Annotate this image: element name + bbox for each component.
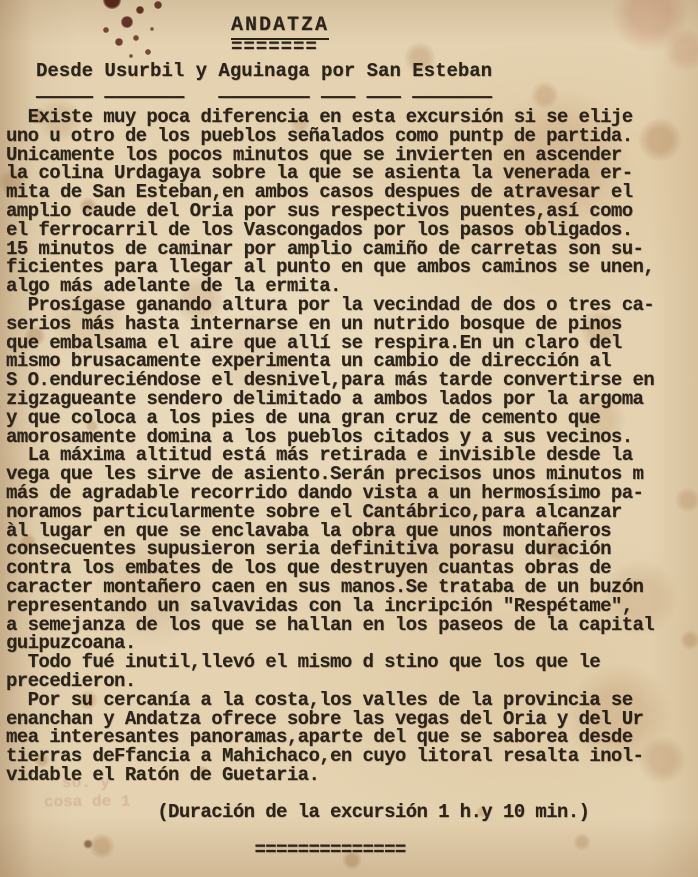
document-subtitle: Desde Usurbil y Aguinaga por San Esteban — [36, 60, 492, 82]
ink-blot — [121, 16, 133, 28]
ink-blot — [133, 35, 139, 41]
subtitle-underline-dashes: ————— ——————— ———————— ——— ——— ——————— — [36, 86, 492, 108]
document-body-text: Existe muy poca diferencia en esta excur… — [6, 108, 698, 860]
title-underline-dashes: ======= — [231, 36, 318, 58]
ink-blot — [115, 38, 123, 46]
ink-blot — [154, 1, 162, 9]
ink-blot — [145, 49, 151, 55]
document-page: so. ycosa de 1 ANDATZA ======= Desde Usu… — [0, 0, 698, 877]
ink-blot — [129, 54, 133, 58]
paper-stain — [531, 81, 559, 109]
ink-blot — [136, 6, 144, 14]
ink-blot — [103, 0, 121, 9]
paper-stain — [664, 28, 698, 72]
ink-blot — [150, 27, 154, 31]
ink-blot — [103, 27, 109, 33]
paper-stain — [612, 0, 688, 52]
